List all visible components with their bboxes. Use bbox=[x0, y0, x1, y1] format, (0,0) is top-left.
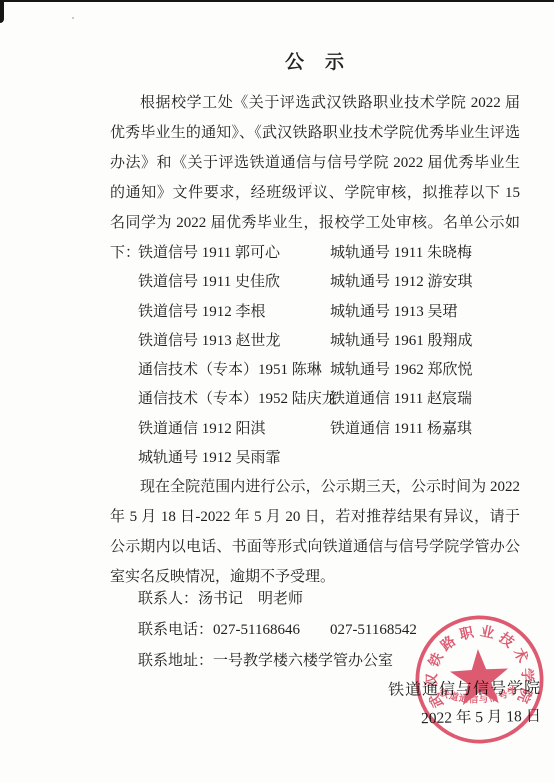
list-item: 通信技术（专本）1951 陈琳 bbox=[138, 356, 322, 385]
list-item: 铁道信号 1911 史佳欣 bbox=[138, 268, 280, 297]
list-item: 铁道信号 1913 赵世龙 bbox=[138, 327, 281, 356]
scan-corner-artifact bbox=[0, 0, 4, 23]
list-row: 铁道信号 1912 李根 城轨通号 1913 吴珺 bbox=[110, 298, 520, 327]
signature-date: 2022 年 5 月 18 日 bbox=[421, 704, 542, 729]
contact-address: 联系地址：一号教学楼六楼学管办公室 bbox=[138, 646, 520, 677]
list-item: 城轨通号 1913 吴珺 bbox=[330, 298, 458, 327]
list-item: 城轨通号 1912 吴雨霏 bbox=[138, 444, 281, 473]
notice-paragraph: 现在全院范围内进行公示，公示期三天，公示时间为 2022 年 5 月 18 日-… bbox=[110, 472, 520, 592]
list-item: 城轨通号 1912 游安琪 bbox=[330, 268, 473, 297]
list-item: 城轨通号 1962 郑欣悦 bbox=[330, 356, 473, 385]
contact-person: 联系人：汤书记 明老师 bbox=[138, 584, 520, 615]
list-row: 城轨通号 1912 吴雨霏 bbox=[110, 444, 520, 473]
contact-phone: 联系电话：027-51168646 027-51168542 bbox=[138, 615, 520, 646]
list-row: 铁道信号 1911 郭可心 城轨通号 1911 朱晓梅 bbox=[110, 239, 520, 268]
list-row: 铁道信号 1913 赵世龙 城轨通号 1961 殷翔成 bbox=[110, 327, 520, 356]
scan-edge-artifact bbox=[0, 0, 554, 2]
scan-speck bbox=[72, 17, 74, 19]
signature-organization: 铁道通信与信号学院 bbox=[388, 675, 541, 700]
list-row: 通信技术（专本）1952 陆庆龙 铁道通信 1911 赵宸瑞 bbox=[110, 385, 520, 414]
contact-block: 联系人：汤书记 明老师 联系电话：027-51168646 027-511685… bbox=[110, 584, 520, 677]
list-item: 城轨通号 1911 朱晓梅 bbox=[330, 239, 472, 268]
list-row: 铁道信号 1911 史佳欣 城轨通号 1912 游安琪 bbox=[110, 268, 520, 297]
scanned-announcement-page: { "doc": { "title": "公 示", "paragraphs":… bbox=[0, 0, 554, 783]
list-row: 铁道通信 1912 阳淇 铁道通信 1911 杨嘉琪 bbox=[110, 415, 520, 444]
list-item: 铁道信号 1912 李根 bbox=[138, 298, 266, 327]
list-item: 铁道通信 1911 赵宸瑞 bbox=[330, 385, 472, 414]
page-title: 公 示 bbox=[110, 47, 520, 74]
list-item: 通信技术（专本）1952 陆庆龙 bbox=[138, 385, 337, 414]
graduate-name-list: 铁道信号 1911 郭可心 城轨通号 1911 朱晓梅 铁道信号 1911 史佳… bbox=[110, 239, 520, 473]
list-item: 铁道信号 1911 郭可心 bbox=[138, 239, 280, 268]
list-item: 铁道通信 1912 阳淇 bbox=[138, 415, 266, 444]
list-item: 铁道通信 1911 杨嘉琪 bbox=[330, 415, 472, 444]
list-item: 城轨通号 1961 殷翔成 bbox=[330, 327, 473, 356]
list-row: 通信技术（专本）1951 陈琳 城轨通号 1962 郑欣悦 bbox=[110, 356, 520, 385]
